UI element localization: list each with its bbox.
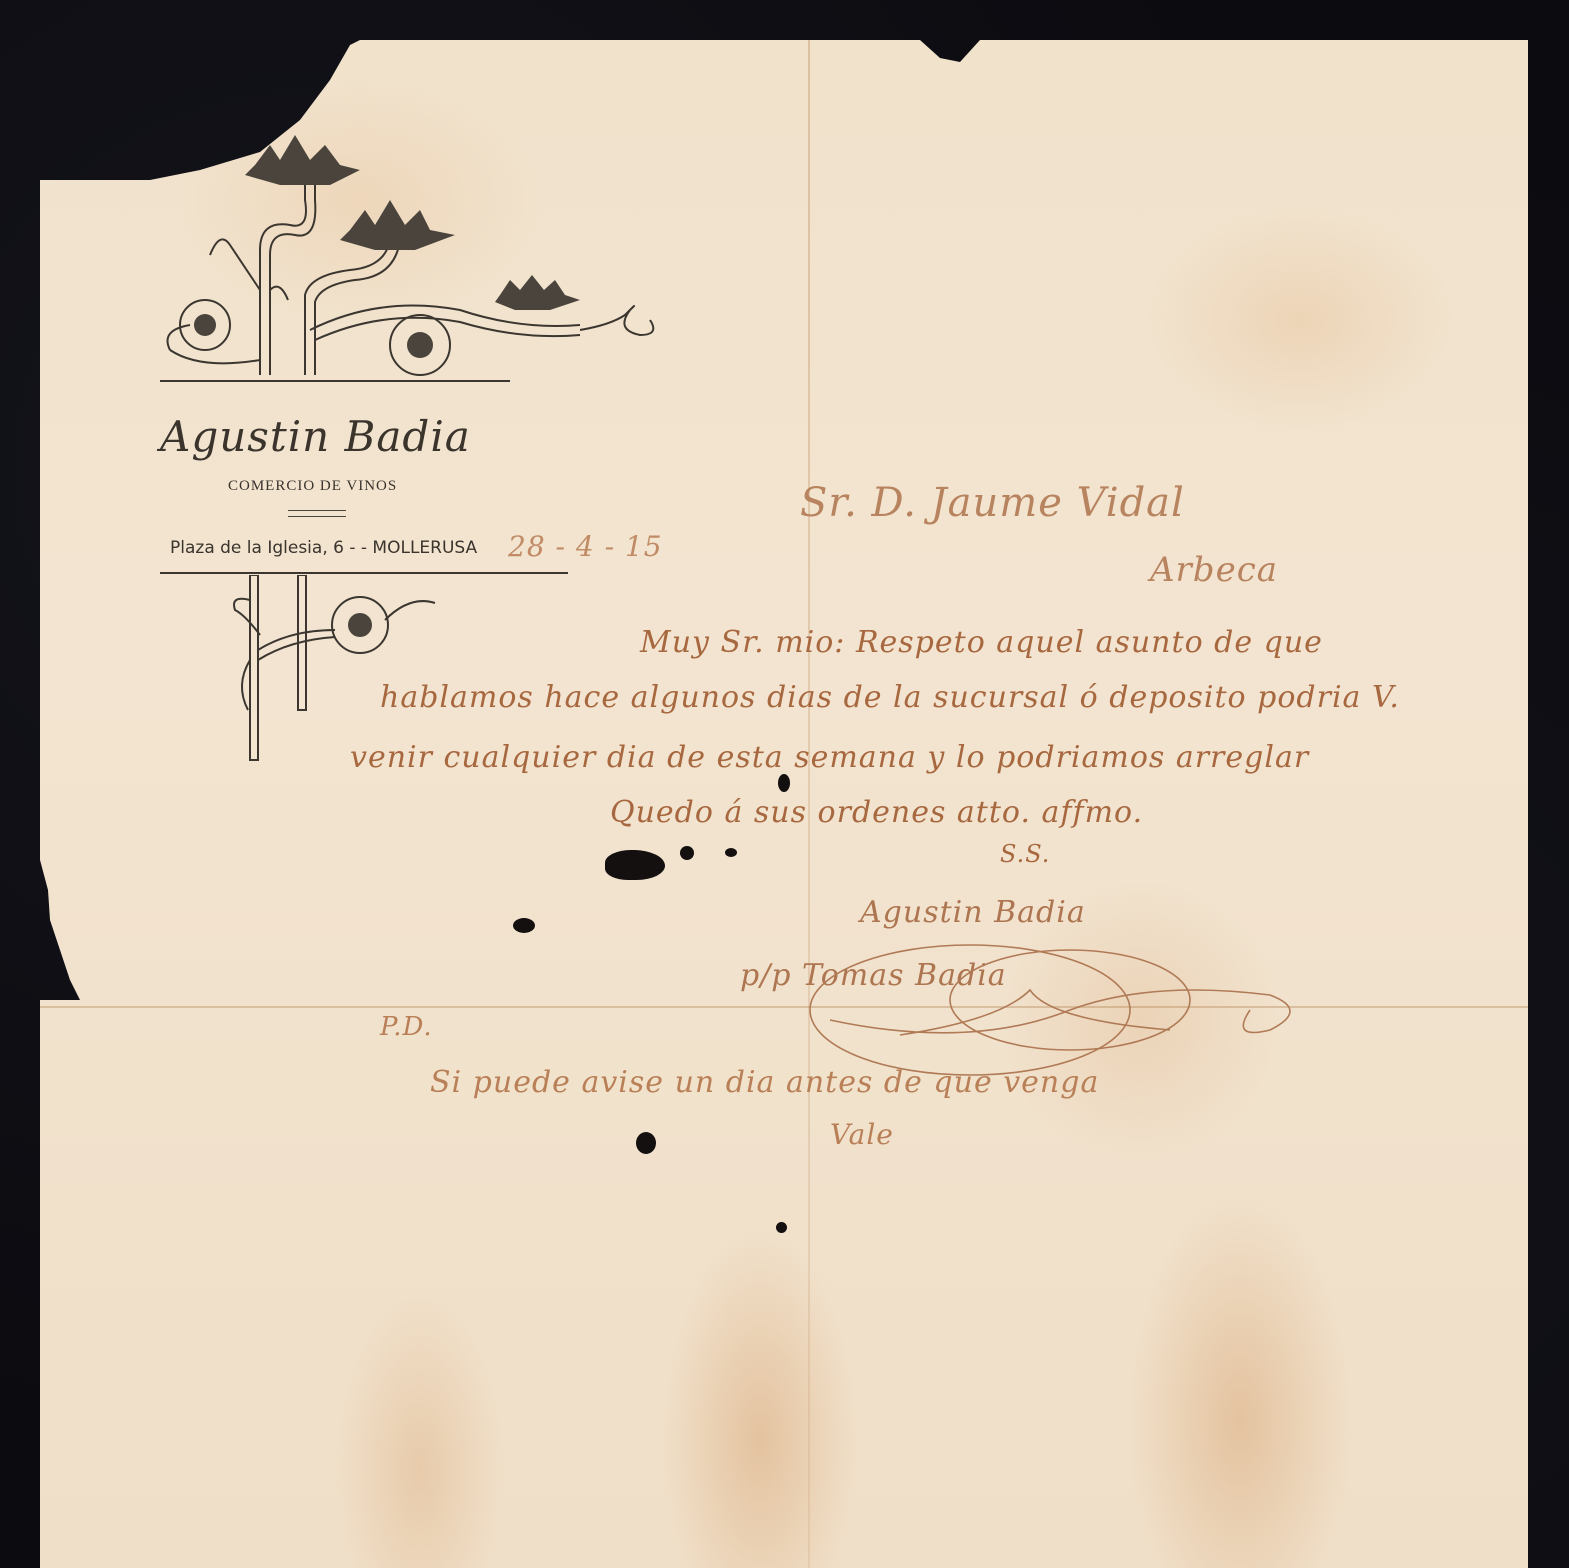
letter-date: 28 - 4 - 15 [508, 530, 663, 563]
letter-proxy-signature: p/p Tomas Badia [740, 958, 1007, 993]
letter-body-line: Muy Sr. mio: Respeto aquel asunto de que [640, 625, 1323, 660]
letter-signature: Agustin Badia [860, 895, 1086, 930]
postscript-text: Si puede avise un dia antes de que venga [430, 1065, 1099, 1100]
letter-closing-line: Quedo á sus ordenes atto. affmo. [610, 795, 1143, 830]
scanned-letter: Agustin Badia COMERCIO DE VINOS Plaza de… [0, 0, 1569, 1568]
letter-body-line: venir cualquier dia de esta semana y lo … [350, 740, 1309, 775]
letterhead-company-name: Agustin Badia [160, 412, 471, 461]
letter-recipient-town: Arbeca [1150, 550, 1278, 590]
ink-blot [513, 918, 535, 933]
horizontal-fold-crease [40, 1006, 1528, 1008]
letter-body-line: hablamos hace algunos dias de la sucursa… [380, 680, 1400, 715]
letterhead-address: Plaza de la Iglesia, 6 - - MOLLERUSA [170, 538, 477, 558]
letterhead-top-rule [160, 380, 510, 382]
ink-blot [680, 846, 694, 860]
paper-sheet: Agustin Badia COMERCIO DE VINOS Plaza de… [40, 40, 1528, 1568]
letterhead-double-rule [288, 510, 346, 517]
ink-blot [778, 774, 790, 792]
ink-blot [725, 848, 737, 857]
letterhead-subtitle: COMERCIO DE VINOS [228, 478, 397, 495]
ink-blot [636, 1132, 656, 1154]
lotus-ornament-icon [160, 130, 660, 390]
ink-blot [776, 1222, 787, 1233]
postscript-farewell: Vale [830, 1118, 894, 1151]
letter-recipient: Sr. D. Jaume Vidal [800, 480, 1185, 526]
ink-blot [605, 850, 665, 880]
letter-closing-abbrev: S.S. [1000, 840, 1050, 868]
letterhead-bottom-rule [160, 572, 568, 574]
flower-stem-ornament-icon [230, 575, 450, 765]
postscript-label: P.D. [380, 1012, 433, 1042]
